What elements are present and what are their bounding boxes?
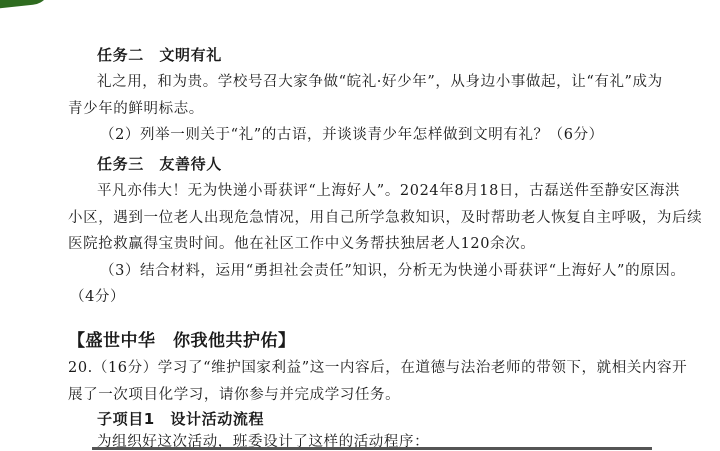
task2-question: （2）列举一则关于“礼”的古语，并谈谈青少年怎样做到文明有礼？（6分） bbox=[100, 123, 604, 144]
question20-line1: 20.（16分）学习了“维护国家利益”这一内容后，在道德与法治老师的带领下，就相… bbox=[68, 356, 687, 377]
section-title: 【盛世中华 你我他共护佑】 bbox=[68, 326, 296, 351]
table-top-border bbox=[92, 447, 652, 450]
task2-paragraph-line2: 青少年的鲜明标志。 bbox=[68, 97, 204, 118]
question20-line2: 展了一次项目化学习，请你参与并完成学习任务。 bbox=[68, 383, 400, 404]
task3-paragraph-line1: 平凡亦伟大！无为快递小哥获评“上海好人”。2024年8月18日，古磊送件至静安区… bbox=[97, 179, 680, 200]
task2-title: 任务二 文明有礼 bbox=[97, 44, 222, 65]
task3-title: 任务三 友善待人 bbox=[97, 153, 222, 174]
subproject1-title: 子项目1 设计活动流程 bbox=[97, 408, 264, 429]
green-decoration bbox=[0, 0, 53, 9]
task3-paragraph-line2: 小区，遇到一位老人出现危急情况，用自己所学急救知识，及时帮助老人恢复自主呼吸，为… bbox=[68, 206, 702, 227]
task3-question-line1: （3）结合材料，运用“勇担社会责任”知识，分析无为快递小哥获评“上海好人”的原因… bbox=[100, 259, 685, 280]
task3-paragraph-line3: 医院抢救赢得宝贵时间。他在社区工作中义务帮扶独居老人120余次。 bbox=[68, 232, 535, 253]
task2-paragraph-line1: 礼之用，和为贵。学校号召大家争做“皖礼·好少年”，从身边小事做起，让“有礼”成为 bbox=[97, 70, 663, 91]
task3-question-line2: （4分） bbox=[70, 285, 125, 306]
